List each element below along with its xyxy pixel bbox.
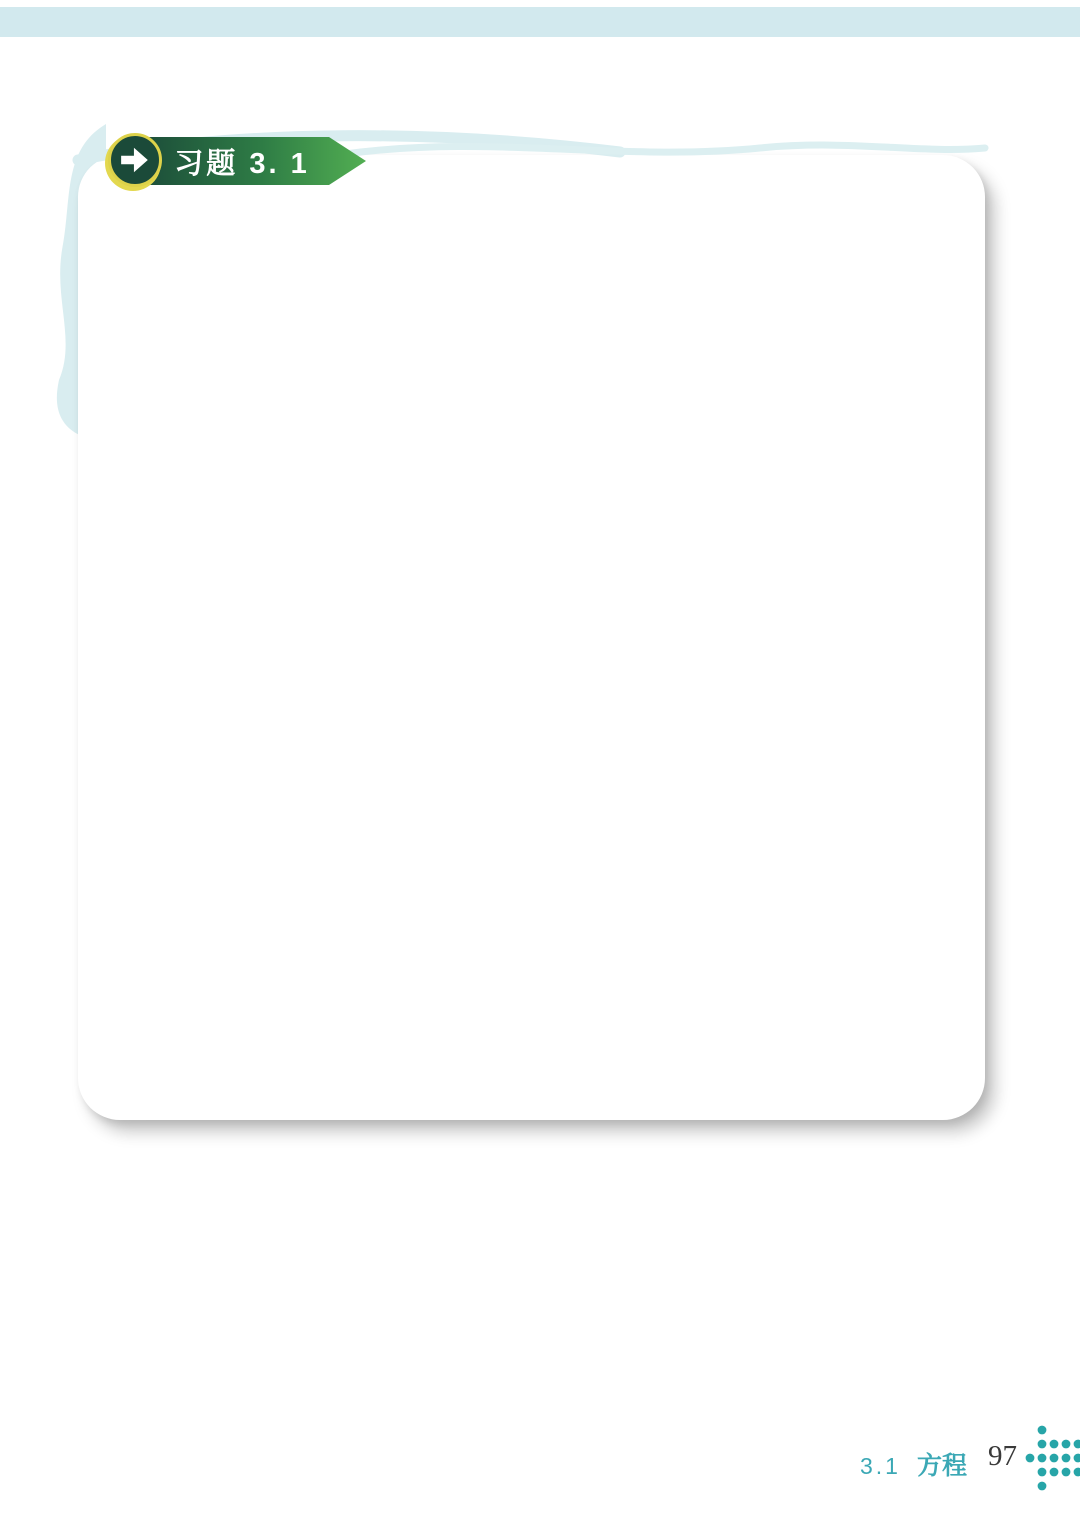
top-decoration-band bbox=[0, 7, 1080, 37]
exercise-card bbox=[78, 155, 985, 1120]
section-title: 方程 bbox=[917, 1446, 967, 1482]
section-breadcrumb: 3.1 方程 bbox=[860, 1446, 967, 1482]
arrow-circle-icon bbox=[108, 133, 162, 187]
dots-arrow-icon bbox=[1022, 1422, 1080, 1500]
footer: 3.1 方程 97 bbox=[0, 1420, 1080, 1510]
right-arrow-icon bbox=[119, 144, 151, 176]
section-number: 3.1 bbox=[860, 1453, 901, 1480]
page-number: 97 bbox=[988, 1440, 1017, 1473]
exercise-title: 习题 3. 1 bbox=[174, 141, 355, 182]
banner-flag: 习题 3. 1 bbox=[134, 137, 366, 185]
